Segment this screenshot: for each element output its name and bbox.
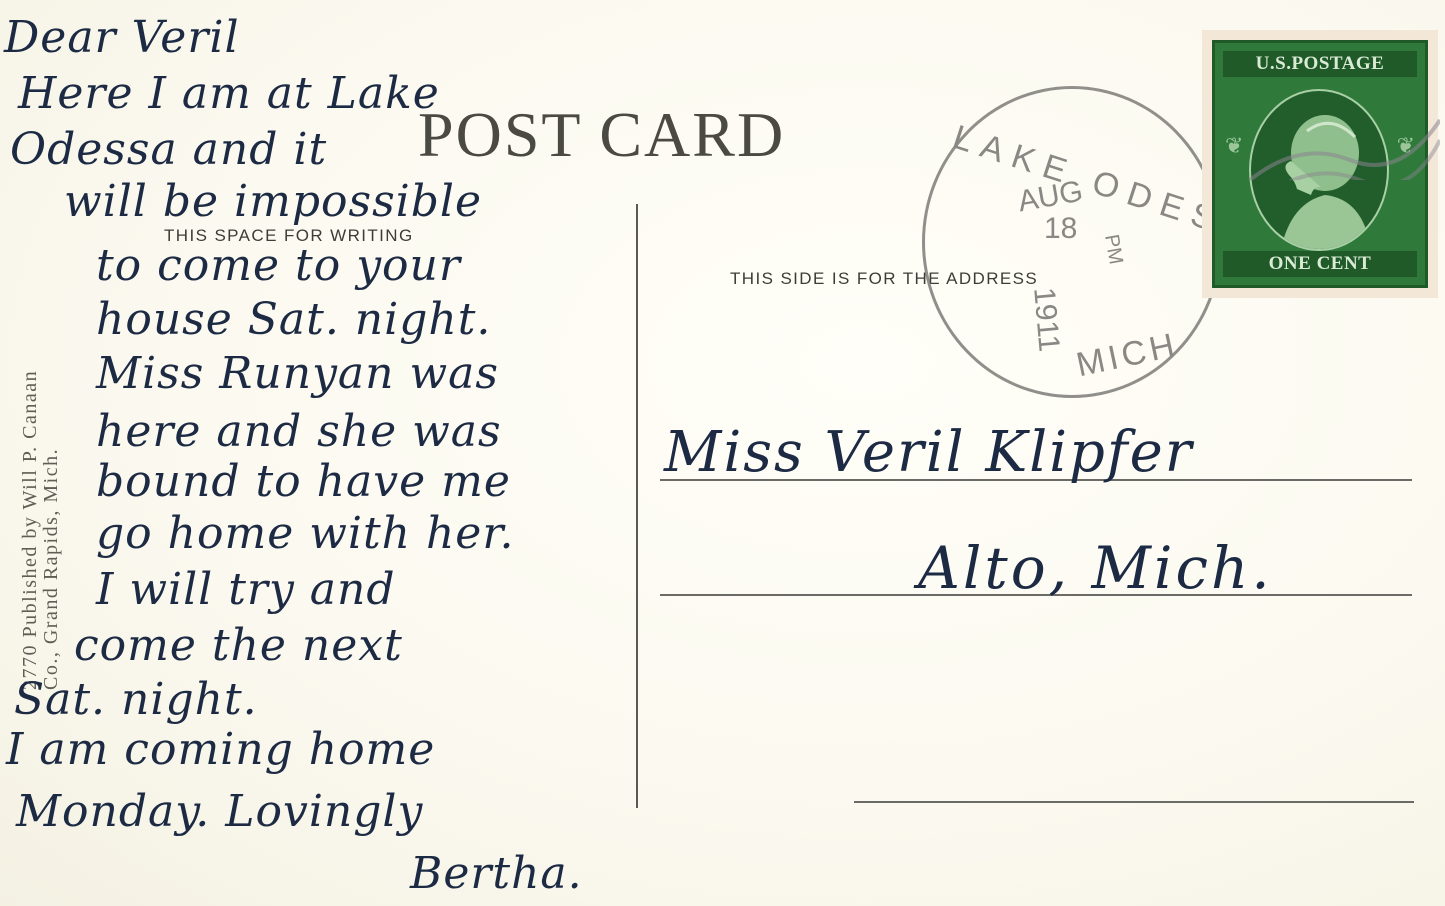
publisher-line-2: Co., Grand Rapids, Mich. (41, 170, 62, 690)
message-signature: Bertha. (410, 848, 583, 899)
message-line: bound to have me (96, 456, 511, 507)
publisher-imprint: 2770 Published by Will P. Canaan Co., Gr… (20, 170, 62, 690)
message-line: Dear Veril (4, 12, 240, 63)
postcard-title: POST CARD (418, 98, 785, 172)
message-line: here and she was (96, 406, 502, 457)
address-line-3 (854, 801, 1414, 803)
postcard-back: POST CARD THIS SPACE FOR WRITING THIS SI… (0, 0, 1445, 906)
message-line: Sat. night. (14, 674, 258, 725)
message-line: Monday. Lovingly (16, 786, 423, 837)
stamp-bottom-text: ONE CENT (1223, 251, 1417, 277)
message-line: I will try and (96, 564, 396, 615)
message-line: will be impossible (64, 176, 482, 227)
center-divider (636, 204, 638, 808)
message-line: Here I am at Lake (18, 68, 440, 119)
message-line: Odessa and it (10, 124, 327, 175)
message-line: house Sat. night. (96, 294, 491, 345)
message-line: I am coming home (6, 724, 435, 775)
message-line: to come to your (96, 240, 461, 291)
message-line: Miss Runyan was (96, 348, 499, 399)
postmark-year: 1911 (1026, 286, 1065, 353)
recipient-city: Alto, Mich. (918, 534, 1273, 602)
cancellation-lines-icon (1240, 40, 1440, 180)
recipient-name: Miss Veril Klipfer (664, 420, 1194, 485)
postmark-day: 18 (1044, 212, 1077, 246)
publisher-line-1: 2770 Published by Will P. Canaan (20, 170, 41, 690)
message-line: go home with her. (96, 508, 515, 559)
message-line: come the next (74, 620, 403, 671)
postmark-time: PM (1099, 233, 1127, 267)
